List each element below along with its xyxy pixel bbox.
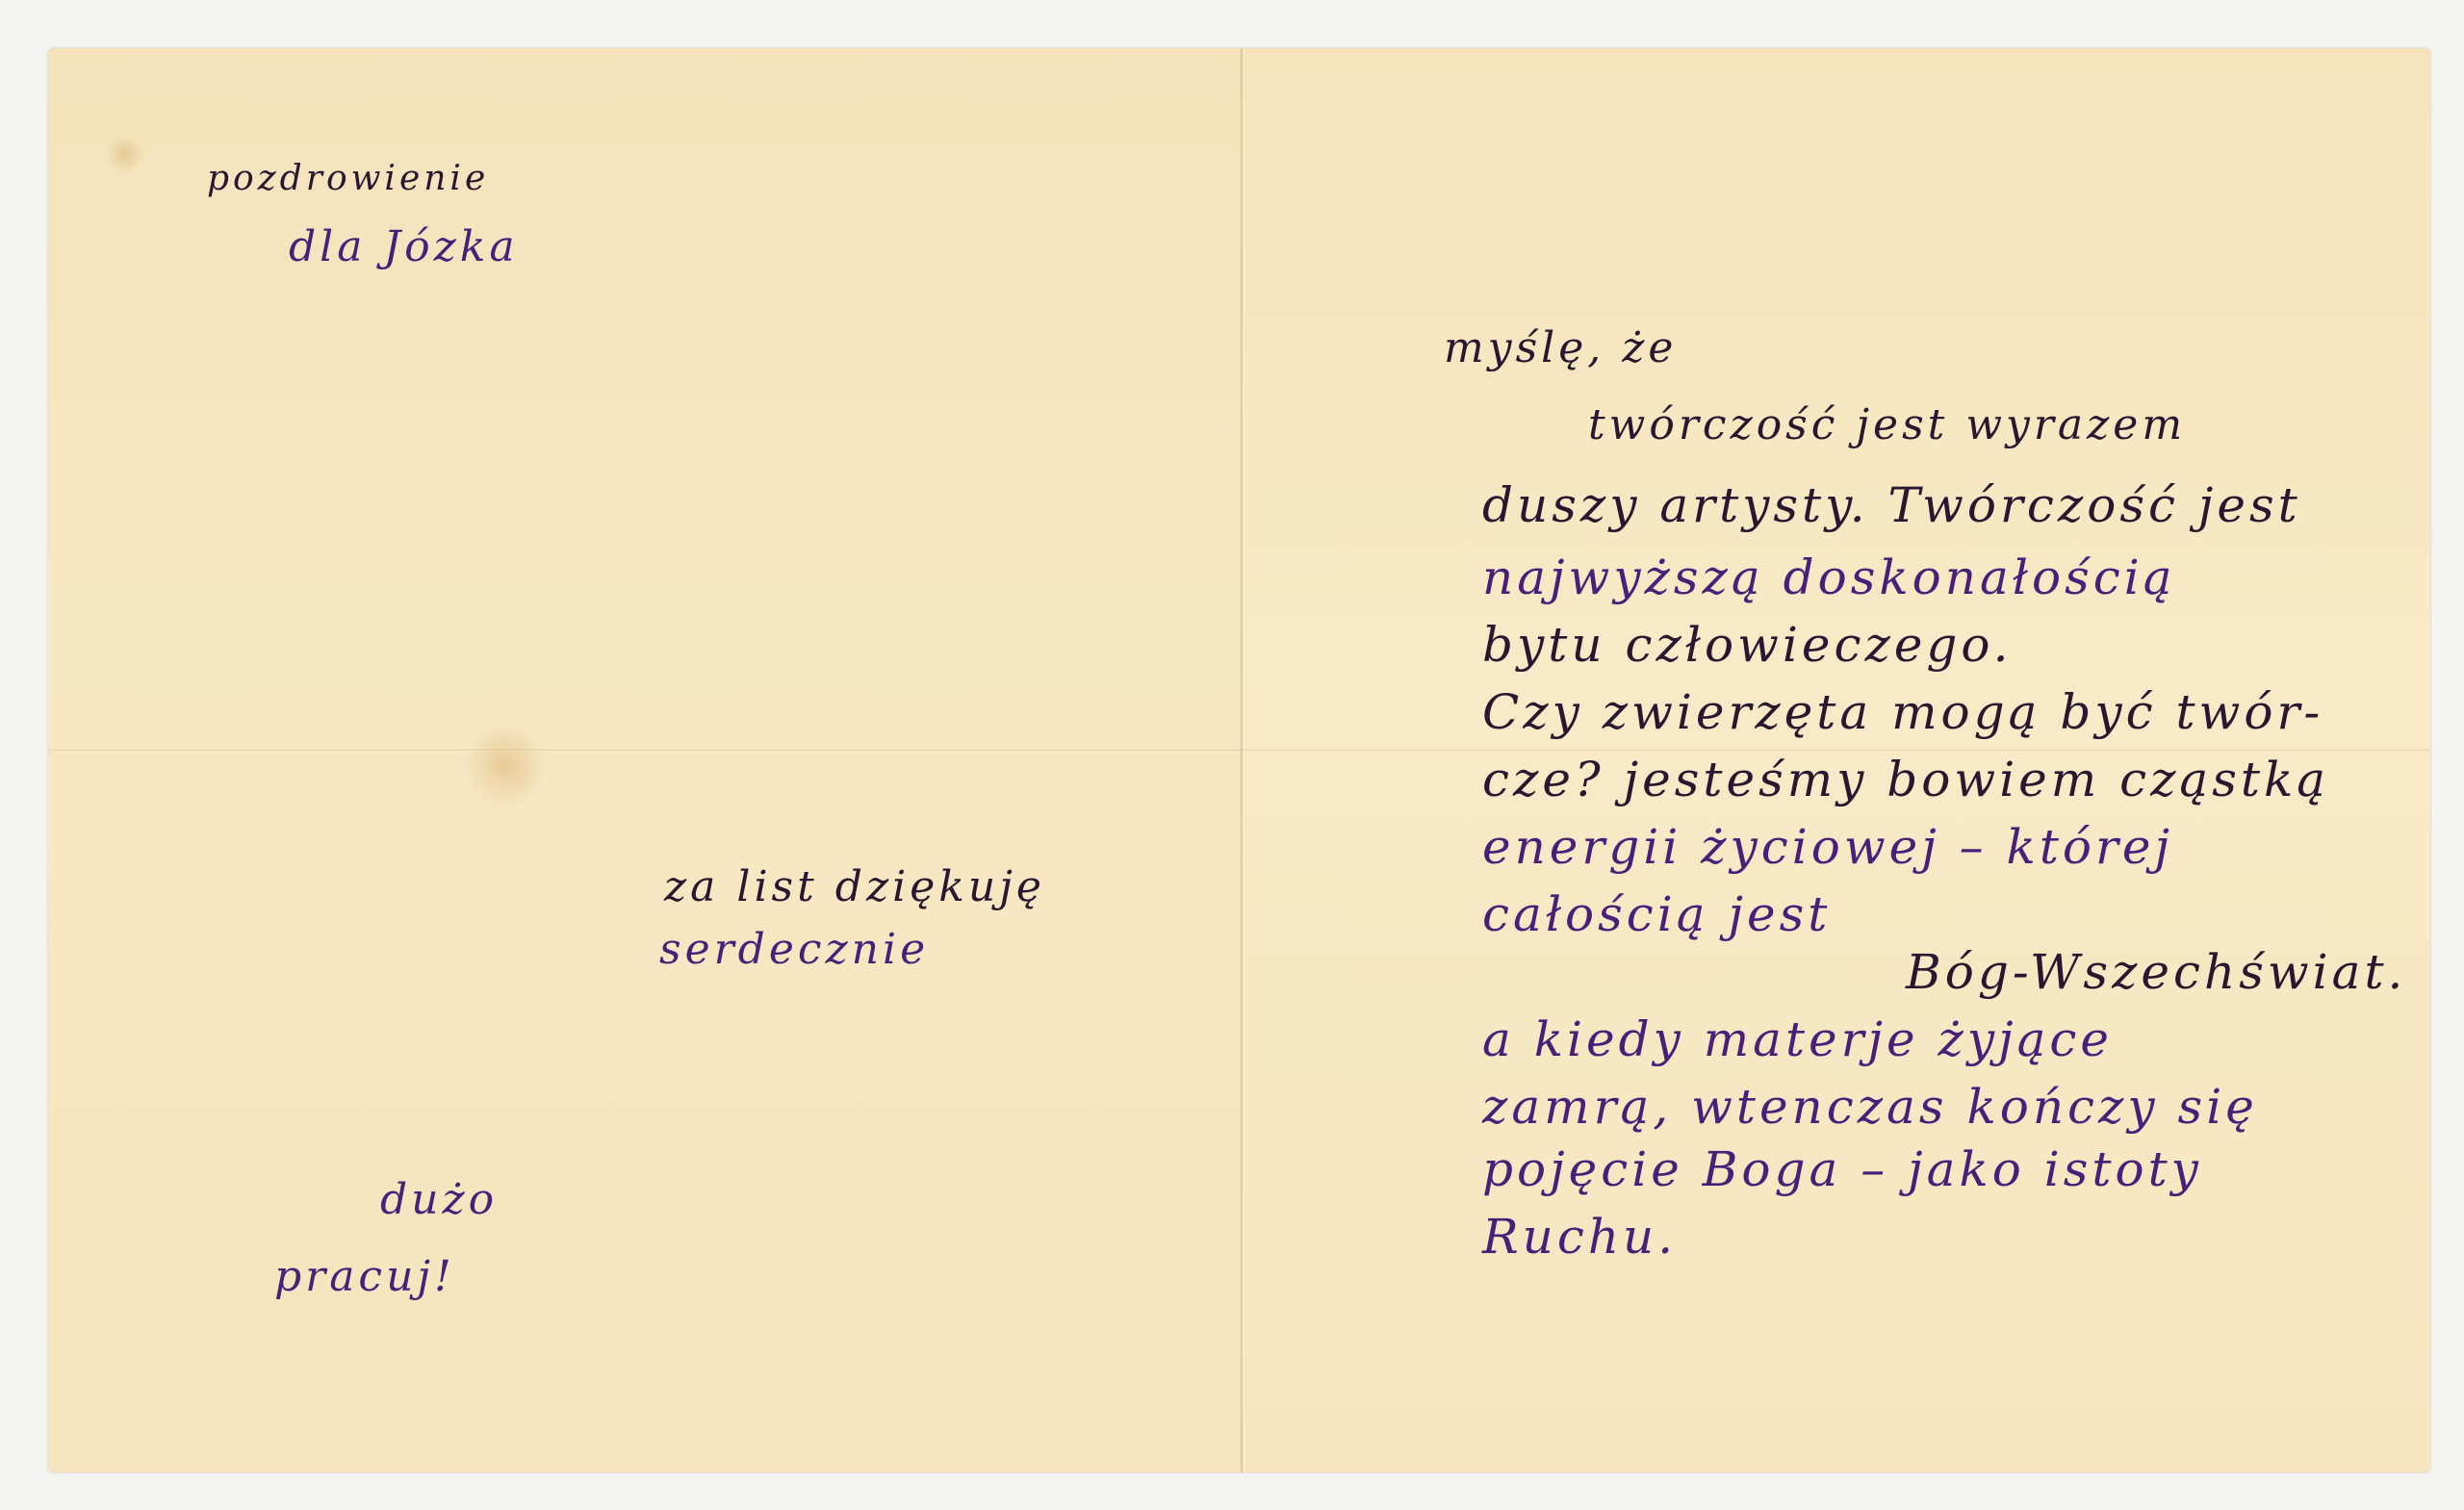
body-line-6: Czy zwierzęta mogą być twór- — [1482, 688, 2323, 736]
body-line-4: najwyższą doskonałością — [1482, 553, 2176, 601]
body-line-11: a kiedy materje żyjące — [1482, 1015, 2113, 1063]
vertical-fold-crease — [1240, 48, 1245, 1472]
body-line-2: twórczość jest wyrazem — [1588, 404, 2186, 447]
body-line-8: energii życiowej – której — [1482, 823, 2173, 871]
horizontal-fold-crease — [48, 749, 2430, 752]
right-page: myślę, że twórczość jest wyrazem duszy a… — [1242, 48, 2430, 1472]
greeting-line-2: dla Józka — [289, 226, 519, 269]
paper-stain — [106, 135, 144, 173]
body-line-5: bytu człowieczego. — [1482, 621, 2013, 669]
closing-line-1: dużo — [380, 1179, 498, 1221]
greeting-line-1: pozdrowienie — [207, 162, 489, 196]
body-line-3: duszy artysty. Twórczość jest — [1482, 481, 2301, 529]
body-line-14: Ruchu. — [1482, 1213, 1677, 1261]
body-line-9: całością jest — [1482, 890, 1831, 938]
body-line-1: myślę, że — [1444, 327, 1677, 370]
body-line-10: Bóg-Wszechświat. — [1906, 948, 2406, 996]
body-line-12: zamrą, wtenczas kończy się — [1482, 1083, 2258, 1131]
letter-sheet: pozdrowienie dla Józka za list dziękuję … — [48, 48, 2430, 1472]
thanks-line-1: za list dziękuję — [664, 866, 1045, 909]
thanks-line-2: serdecznie — [659, 929, 929, 971]
body-line-13: pojęcie Boga – jako istoty — [1482, 1145, 2202, 1193]
body-line-7: cze? jesteśmy bowiem cząstką — [1482, 755, 2329, 804]
left-page: pozdrowienie dla Józka za list dziękuję … — [48, 48, 1242, 1472]
closing-line-2: pracuj! — [274, 1256, 455, 1298]
paper-stain — [462, 722, 549, 808]
